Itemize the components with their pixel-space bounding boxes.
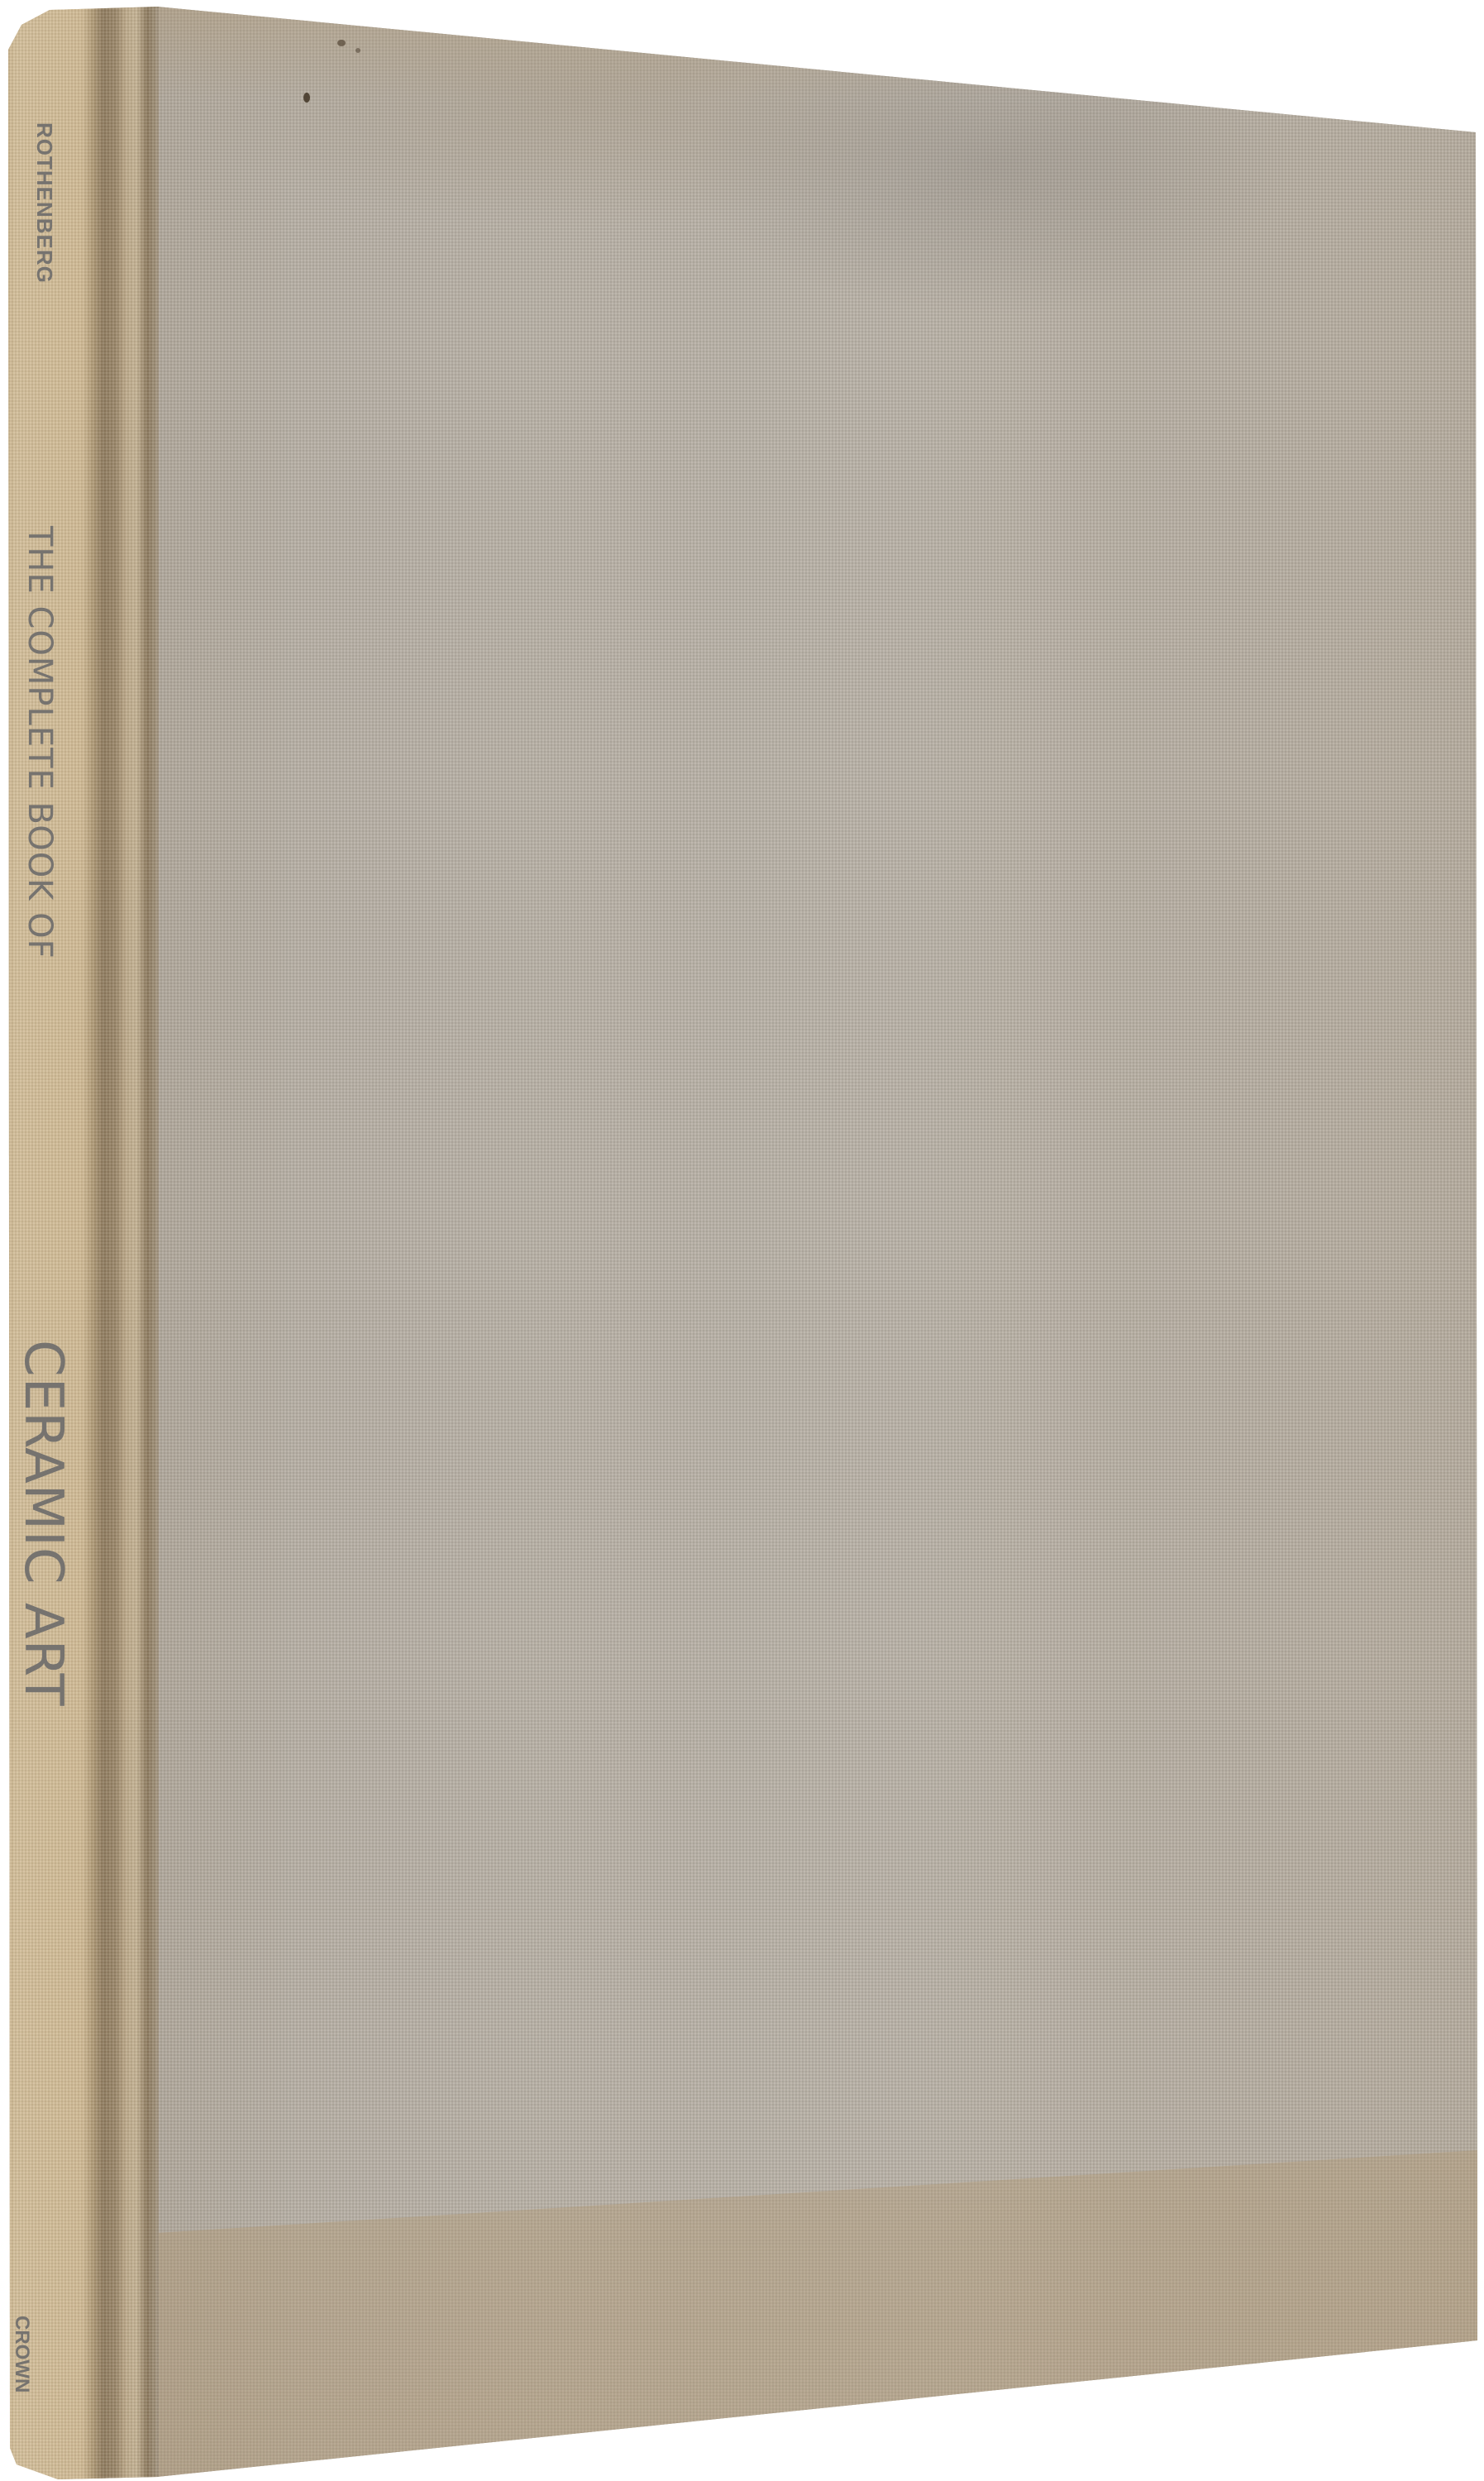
cover-stain-mark xyxy=(303,93,310,103)
spine-publisher: CROWN xyxy=(10,2316,33,2393)
book-front-cover xyxy=(0,0,1484,2481)
book: ROTHENBERG THE COMPLETE BOOK OF CERAMIC … xyxy=(0,0,1484,2481)
cover-foxing-spot xyxy=(337,40,346,46)
spine-author: ROTHENBERG xyxy=(31,122,57,284)
cover-foxing-spot xyxy=(355,48,360,53)
spine-title-line-1: THE COMPLETE BOOK OF xyxy=(23,526,56,959)
spine-title-line-2: CERAMIC ART xyxy=(17,1340,69,1707)
book-spine: ROTHENBERG THE COMPLETE BOOK OF CERAMIC … xyxy=(0,0,165,2481)
